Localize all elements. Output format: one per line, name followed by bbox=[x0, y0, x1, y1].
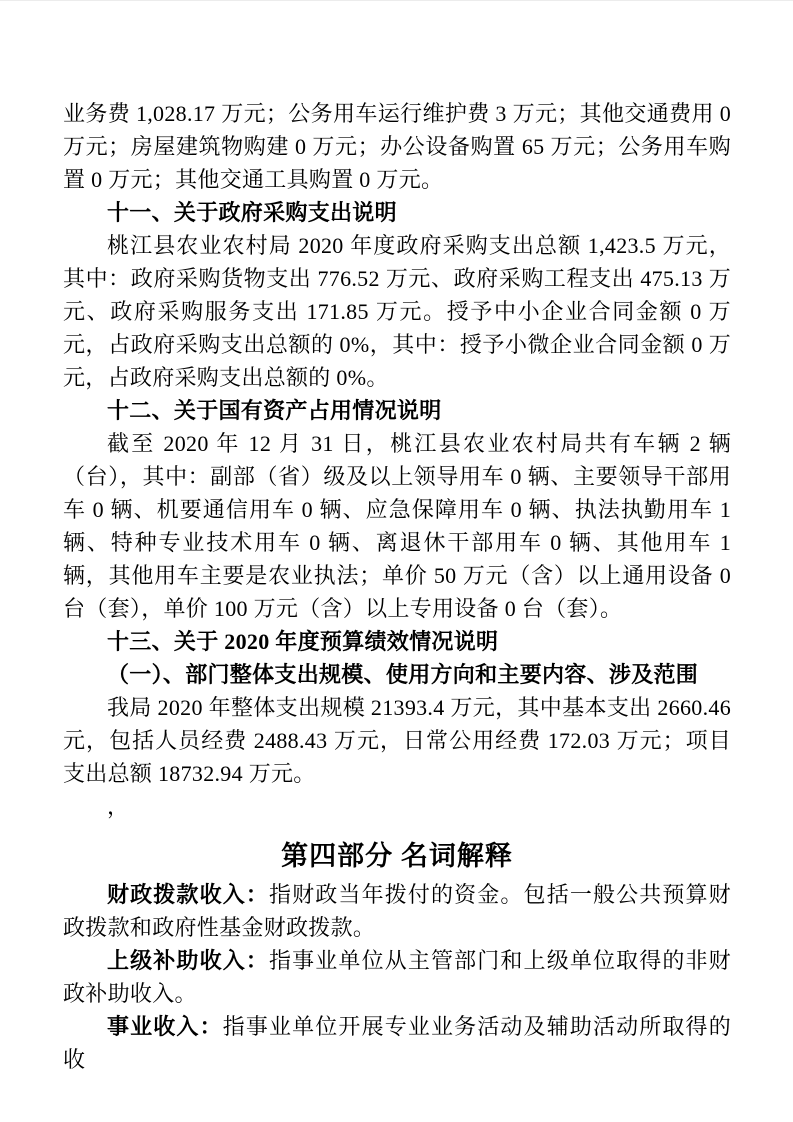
paragraph-vehicle-and-equipment-expenses: 业务费 1,028.17 万元；公务用车运行维护费 3 万元；其他交通费用 0 … bbox=[63, 97, 731, 196]
paragraph-overall-expenditure-details: 我局 2020 年整体支出规模 21393.4 万元，其中基本支出 2660.4… bbox=[63, 691, 731, 790]
heading-section-12-state-assets: 十二、关于国有资产占用情况说明 bbox=[63, 394, 731, 427]
part4-section-title: 第四部分 名词解释 bbox=[63, 837, 731, 875]
subheading-overall-expenditure-scope: （一）、部门整体支出规模、使用方向和主要内容、涉及范围 bbox=[63, 658, 731, 691]
heading-section-13-budget-performance: 十三、关于 2020 年度预算绩效情况说明 bbox=[63, 625, 731, 658]
paragraph-stray-comma: ， bbox=[63, 790, 731, 823]
document-page: 业务费 1,028.17 万元；公务用车运行维护费 3 万元；其他交通费用 0 … bbox=[0, 0, 793, 1122]
paragraph-state-assets-details: 截至 2020 年 12 月 31 日，桃江县农业农村局共有车辆 2 辆（台），… bbox=[63, 427, 731, 625]
term-label: 上级补助收入： bbox=[107, 948, 269, 973]
heading-section-11-government-procurement: 十一、关于政府采购支出说明 bbox=[63, 196, 731, 229]
paragraph-procurement-details: 桃江县农业农村局 2020 年度政府采购支出总额 1,423.5 万元，其中：政… bbox=[63, 229, 731, 394]
term-paragraph-fiscal-appropriation-income: 财政拨款收入：指财政当年拨付的资金。包括一般公共预算财政拨款和政府性基金财政拨款… bbox=[63, 878, 731, 944]
term-label: 事业收入： bbox=[107, 1014, 223, 1039]
term-paragraph-business-income: 事业收入：指事业单位开展专业业务活动及辅助活动所取得的收 bbox=[63, 1010, 731, 1076]
term-label: 财政拨款收入： bbox=[107, 882, 269, 907]
term-paragraph-superior-subsidy-income: 上级补助收入：指事业单位从主管部门和上级单位取得的非财政补助收入。 bbox=[63, 944, 731, 1010]
